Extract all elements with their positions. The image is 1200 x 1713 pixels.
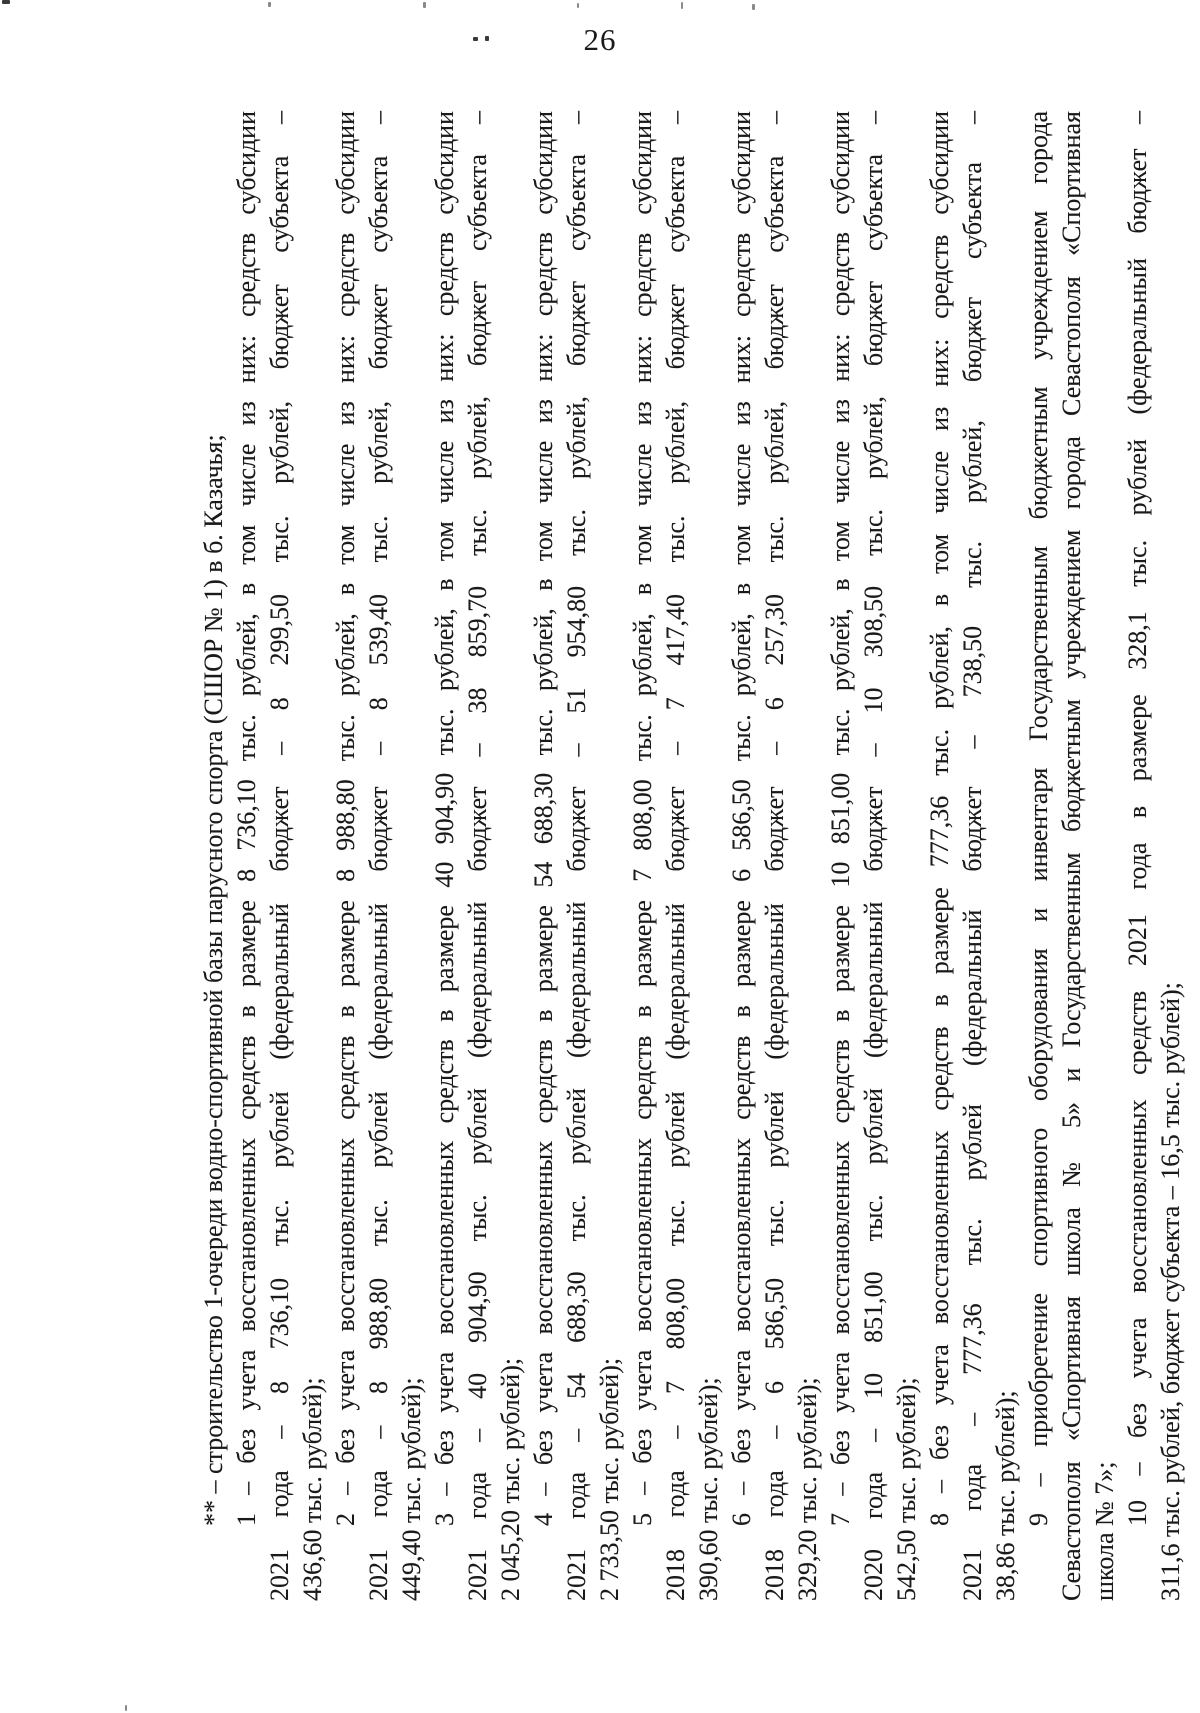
footnote-paragraph: ** – строительство 1-очереди водно-спорт… <box>197 111 230 1601</box>
document-page: 26 ** – строительство 1-очереди водно-сп… <box>0 0 1200 1713</box>
footnote-paragraph: 2 – без учета восстановленных средств в … <box>329 111 428 1601</box>
footnote-line: 9 – приобретение спортивного оборудовани… <box>1022 111 1055 1601</box>
scan-artifact <box>125 1705 127 1711</box>
footnote-line: 2018 года – 7 808,00 тыс. рублей (федера… <box>659 111 692 1601</box>
footnote-line: 8 – без учета восстановленных средств в … <box>923 111 956 1601</box>
footnote-paragraph: 4 – без учета восстановленных средств в … <box>527 111 626 1601</box>
footnote-paragraph: 10 – без учета восстановленных средств 2… <box>1121 111 1187 1601</box>
footnote-line: 329,20 тыс. рублей); <box>791 111 824 1601</box>
scan-artifact <box>681 2 683 9</box>
footnote-line: 38,86 тыс. рублей); <box>989 111 1022 1601</box>
scan-artifact <box>485 36 489 41</box>
scan-artifact <box>268 2 271 7</box>
footnote-paragraph: 1 – без учета восстановленных средств в … <box>230 111 329 1601</box>
footnote-line: 436,60 тыс. рублей); <box>296 111 329 1601</box>
footnote-line: 2021 года – 8 988,80 тыс. рублей (федера… <box>362 111 395 1601</box>
scan-artifact <box>2 0 10 4</box>
footnote-line: 5 – без учета восстановленных средств в … <box>626 111 659 1601</box>
footnote-paragraph: 6 – без учета восстановленных средств в … <box>725 111 824 1601</box>
footnote-line: 2 045,20 тыс. рублей); <box>494 111 527 1601</box>
scan-artifact <box>577 3 579 8</box>
footnote-line: 2018 года – 6 586,50 тыс. рублей (федера… <box>758 111 791 1601</box>
footnote-paragraph: 9 – приобретение спортивного оборудовани… <box>1022 111 1121 1601</box>
footnote-paragraph: 3 – без учета восстановленных средств в … <box>428 111 527 1601</box>
footnote-paragraph: 5 – без учета восстановленных средств в … <box>626 111 725 1601</box>
footnote-line: ** – строительство 1-очереди водно-спорт… <box>197 111 230 1601</box>
footnote-line: 4 – без учета восстановленных средств в … <box>527 111 560 1601</box>
footnote-line: 2021 года – 8 736,10 тыс. рублей (федера… <box>263 111 296 1601</box>
footnote-paragraph: 8 – без учета восстановленных средств в … <box>923 111 1022 1601</box>
footnote-line: 1 – без учета восстановленных средств в … <box>230 111 263 1601</box>
rotated-text-block: ** – строительство 1-очереди водно-спорт… <box>197 111 1187 1601</box>
footnote-paragraph: 7 – без учета восстановленных средств в … <box>824 111 923 1601</box>
footnote-line: 542,50 тыс. рублей); <box>890 111 923 1601</box>
footnote-line: 6 – без учета восстановленных средств в … <box>725 111 758 1601</box>
footnote-line: 2 – без учета восстановленных средств в … <box>329 111 362 1601</box>
footnote-line: 449,40 тыс. рублей); <box>395 111 428 1601</box>
footnote-line: 2 733,50 тыс. рублей); <box>593 111 626 1601</box>
footnote-line: 2021 года – 777,36 тыс. рублей (федераль… <box>956 111 989 1601</box>
footnote-line: 10 – без учета восстановленных средств 2… <box>1121 111 1154 1601</box>
footnote-line: Севастополя «Спортивная школа № 5» и Гос… <box>1055 111 1088 1601</box>
footnote-line: 2020 года – 10 851,00 тыс. рублей (федер… <box>857 111 890 1601</box>
scan-artifact <box>423 2 426 8</box>
footnote-line: 311,6 тыс. рублей, бюджет субъекта – 16,… <box>1154 111 1187 1601</box>
footnote-line: 3 – без учета восстановленных средств в … <box>428 111 461 1601</box>
footnote-line: школа № 7»; <box>1088 111 1121 1601</box>
scan-artifact <box>752 4 755 10</box>
footnote-line: 2021 года – 54 688,30 тыс. рублей (федер… <box>560 111 593 1601</box>
footnote-line: 390,60 тыс. рублей); <box>692 111 725 1601</box>
scan-artifact <box>473 37 478 41</box>
footnote-line: 7 – без учета восстановленных средств в … <box>824 111 857 1601</box>
footnote-line: 2021 года – 40 904,90 тыс. рублей (федер… <box>461 111 494 1601</box>
page-number: 26 <box>0 22 1200 58</box>
